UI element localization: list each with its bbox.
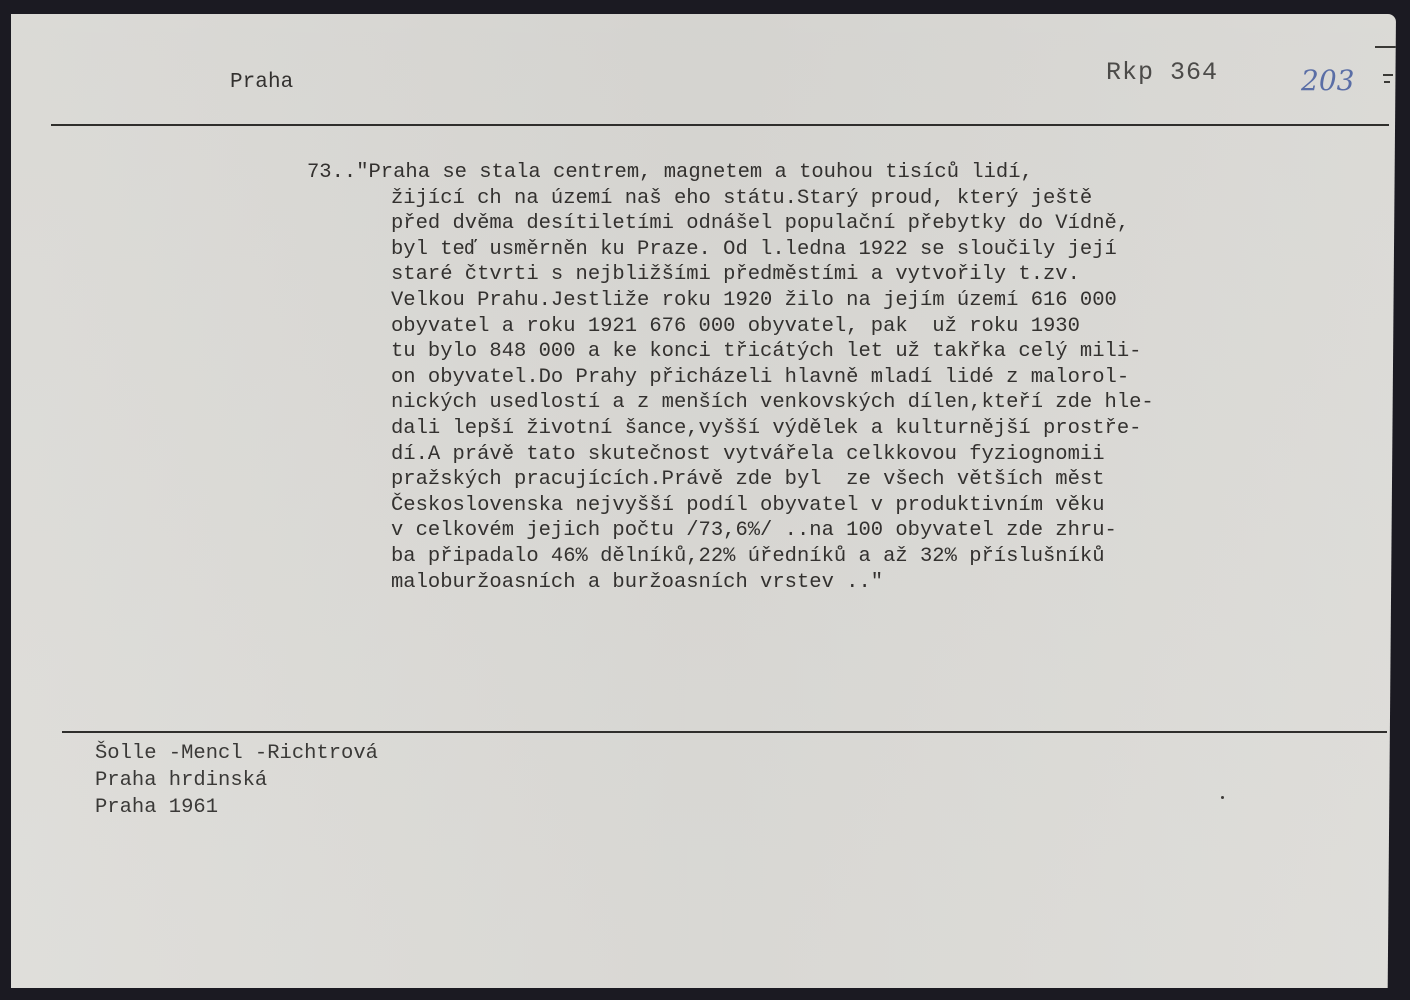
source-authors: Šolle -Mencl -Richtrová	[95, 740, 378, 767]
entry-line: on obyvatel.Do Prahy přicházeli hlavně m…	[307, 365, 1154, 391]
source-divider	[62, 731, 1387, 733]
margin-mark	[1383, 74, 1393, 76]
entry-line: pražských pracujících.Právě zde byl ze v…	[307, 467, 1154, 493]
entry-line: Velkou Prahu.Jestliže roku 1920 žilo na …	[307, 288, 1154, 314]
source-place-year: Praha 1961	[95, 794, 378, 821]
margin-mark	[1384, 81, 1390, 83]
entry-line: obyvatel a roku 1921 676 000 obyvatel, p…	[307, 314, 1154, 340]
entry-line: žijící ch na území naš eho státu.Starý p…	[307, 186, 1154, 212]
entry-line: před dvěma desítiletími odnášel populačn…	[307, 211, 1154, 237]
entry-line: maloburžoasních a buržoasních vrstev .."	[307, 570, 1154, 596]
source-citation: Šolle -Mencl -Richtrová Praha hrdinská P…	[95, 740, 378, 821]
entry-line: ba připadalo 46% dělníků,22% úředníků a …	[307, 544, 1154, 570]
entry-line: 73.."Praha se stala centrem, magnetem a …	[307, 160, 1154, 186]
entry-line: v celkovém jejich počtu /73,6%/ ..na 100…	[307, 518, 1154, 544]
entry-line: dali lepší životní šance,vyšší výdělek a…	[307, 416, 1154, 442]
header-city: Praha	[230, 72, 293, 93]
entry-line: nických usedlostí a z menších venkovskýc…	[307, 390, 1154, 416]
paper-speck	[1221, 796, 1224, 799]
header-divider	[51, 124, 1389, 126]
entry-line: staré čtvrti s nejbližšími předměstími a…	[307, 262, 1154, 288]
quoted-entry: 73.."Praha se stala centrem, magnetem a …	[307, 160, 1154, 595]
handwritten-page-number: 203	[1301, 64, 1354, 97]
margin-mark	[1375, 46, 1403, 48]
index-card: Praha Rkp 364 203 73.."Praha se stala ce…	[11, 14, 1396, 988]
manuscript-signature: Rkp 364	[1106, 60, 1218, 85]
entry-line: byl teď usměrněn ku Praze. Od l.ledna 19…	[307, 237, 1154, 263]
entry-line: Československa nejvyšší podíl obyvatel v…	[307, 493, 1154, 519]
entry-line: dí.A právě tato skutečnost vytvářela cel…	[307, 442, 1154, 468]
source-title: Praha hrdinská	[95, 767, 378, 794]
entry-line: tu bylo 848 000 a ke konci třicátých let…	[307, 339, 1154, 365]
